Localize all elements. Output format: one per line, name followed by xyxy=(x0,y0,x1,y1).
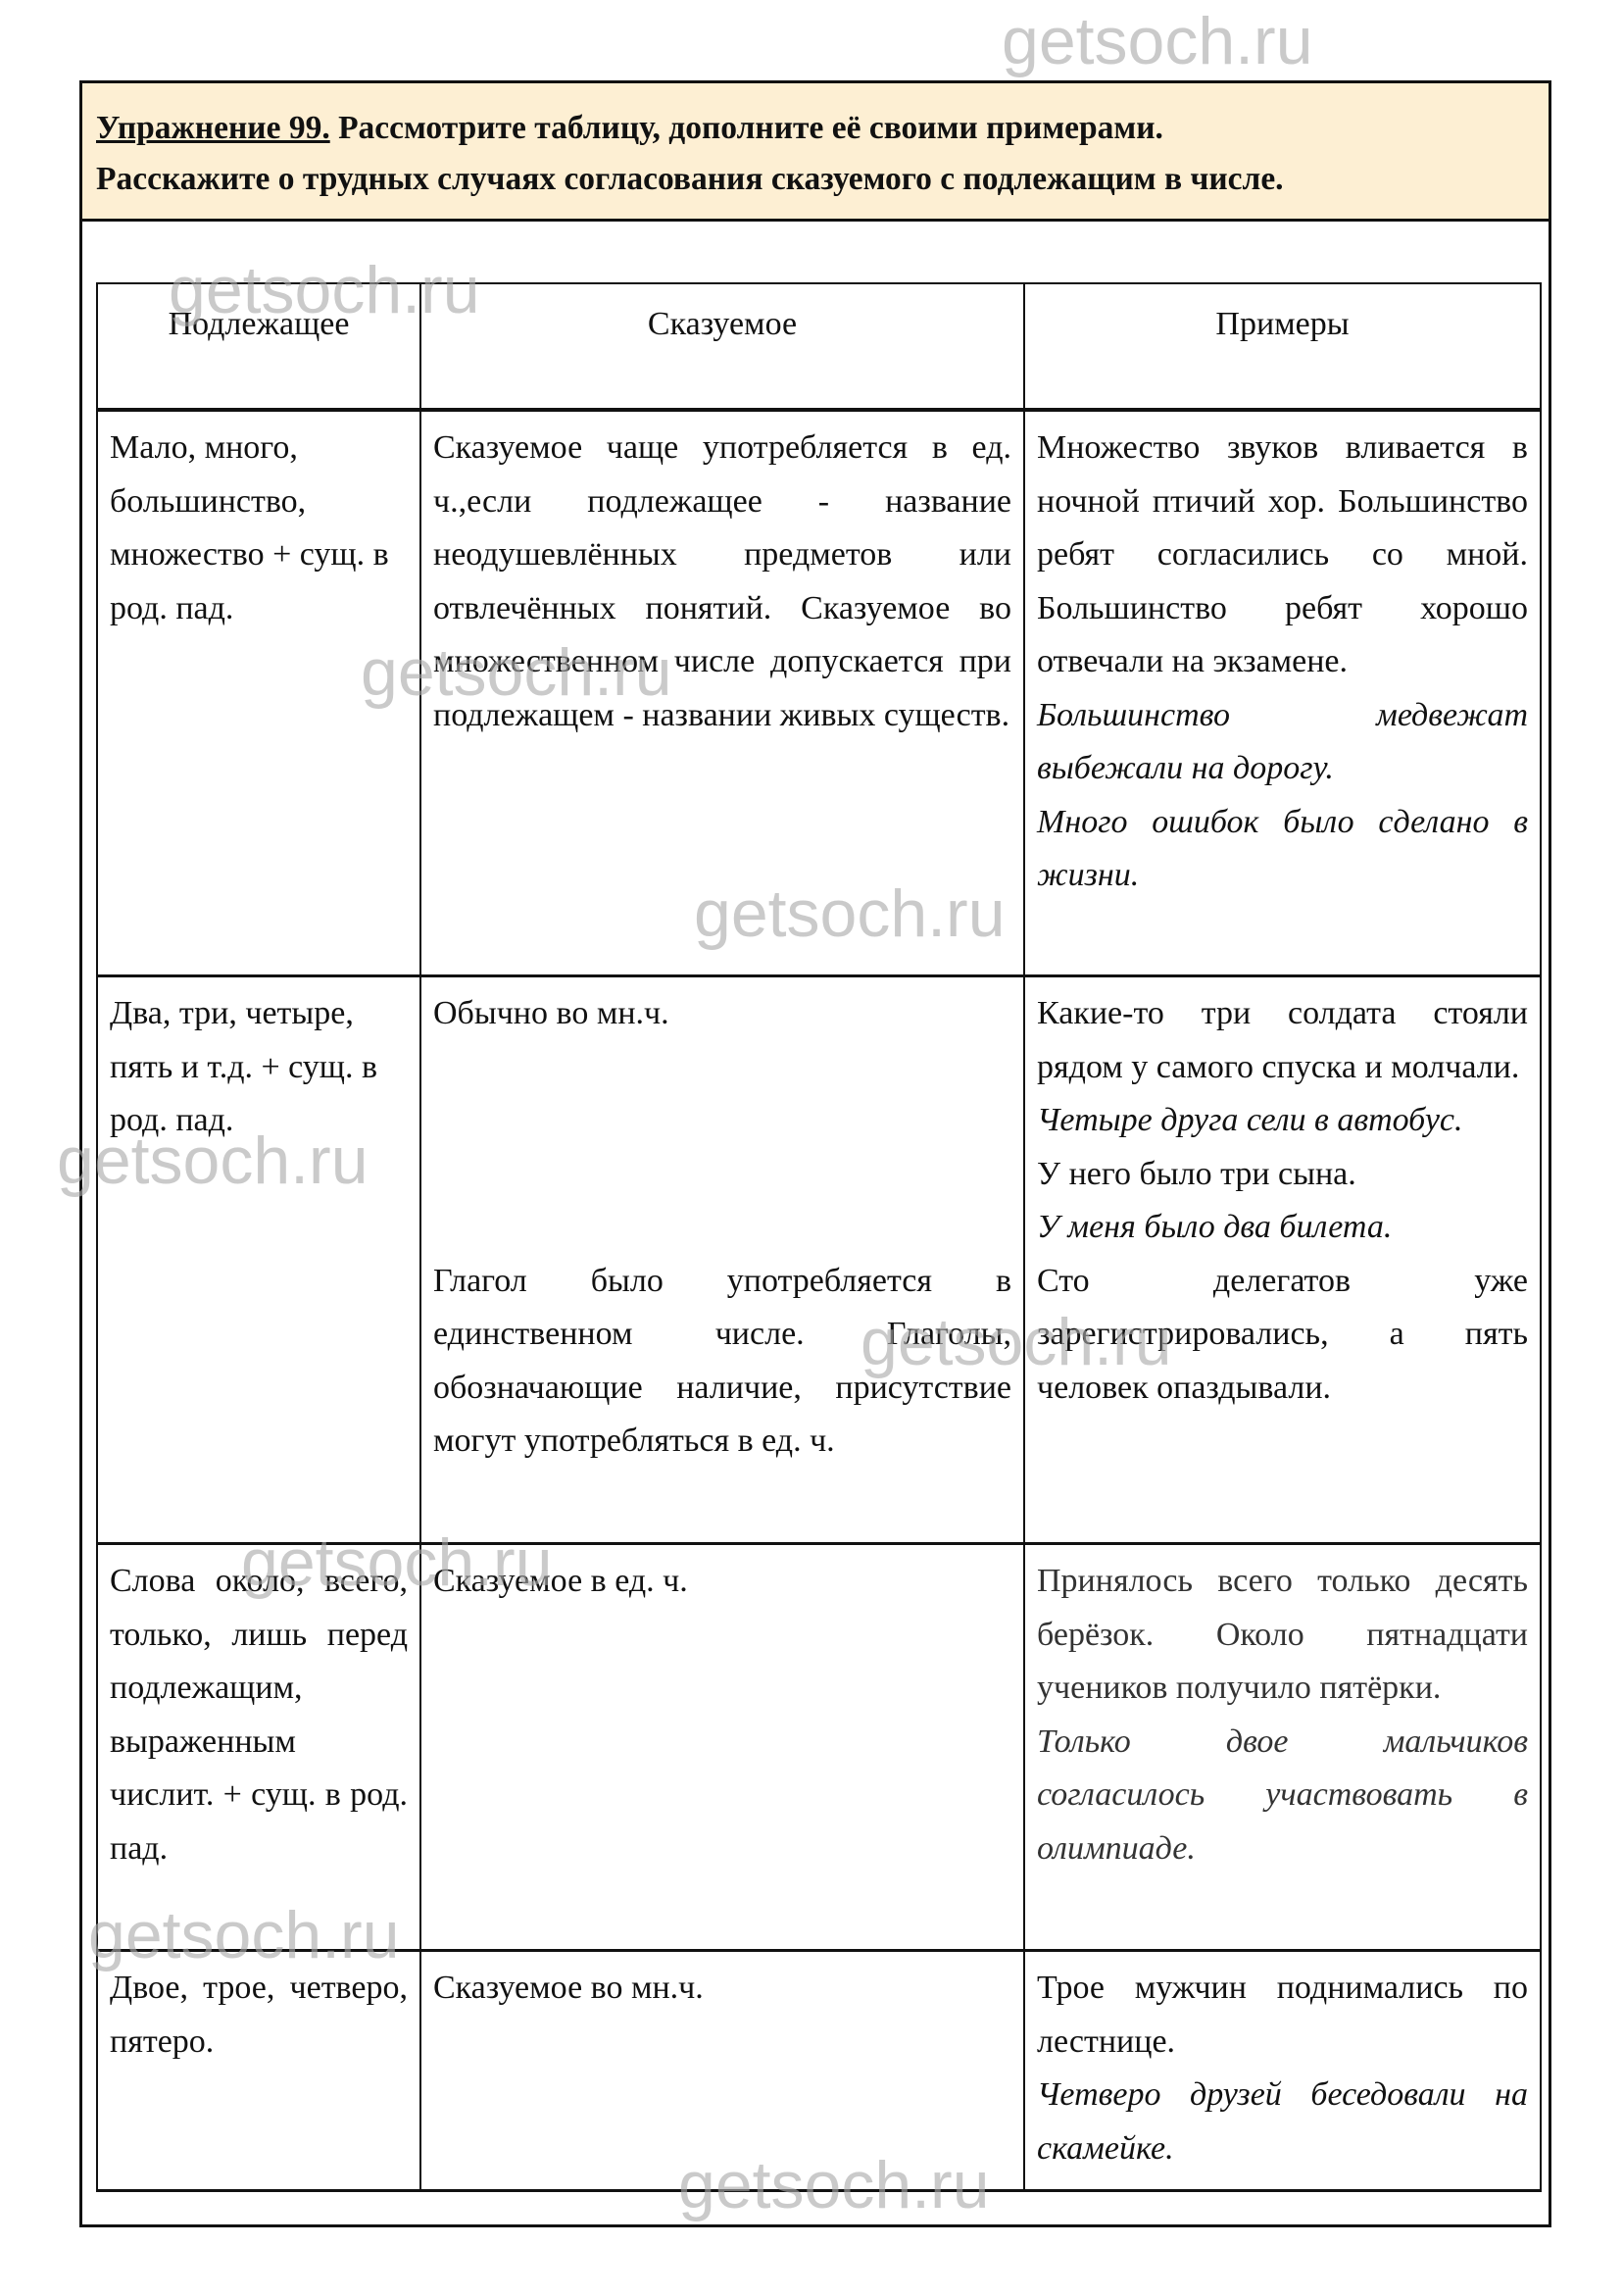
predicate-cell: Обычно во мн.ч. Глагол было употребляетс… xyxy=(420,976,1024,1544)
column-header-predicate: Сказуемое xyxy=(420,283,1024,410)
table-row: Два, три, четыре, пять и т.д. + сущ. в р… xyxy=(97,976,1541,1544)
table-header-row: Подлежащее Сказуемое Примеры xyxy=(97,283,1541,410)
example-text: Четверо друзей беседовали на скамейке. xyxy=(1037,2069,1528,2175)
example-text: У него было три сына. xyxy=(1037,1148,1528,1202)
predicate-text: Сказуемое в ед. ч. xyxy=(433,1555,1011,1609)
example-text: Принялось всего только десять берёзок. О… xyxy=(1037,1555,1528,1716)
example-text: Много ошибок было сделано в жизни. xyxy=(1037,796,1528,903)
examples-cell: Трое мужчин поднимались по лестнице. Чет… xyxy=(1024,1951,1541,2191)
predicate-cell: Сказуемое в ед. ч. xyxy=(420,1544,1024,1951)
exercise-number: Упражнение 99. xyxy=(96,110,330,146)
predicate-text: Сказуемое чаще употребляется в ед. ч.,ес… xyxy=(433,422,1011,742)
agreement-table: Подлежащее Сказуемое Примеры Мало, много… xyxy=(96,282,1542,2192)
column-header-subject: Подлежащее xyxy=(97,283,420,410)
examples-cell: Какие-то три солдата стояли рядом у само… xyxy=(1024,976,1541,1544)
task-title-line-2: Расскажите о трудных случаях согласовани… xyxy=(96,154,1535,205)
subject-cell: Двое, трое, четверо, пятеро. xyxy=(97,1951,420,2191)
predicate-cell: Сказуемое чаще употребляется в ед. ч.,ес… xyxy=(420,410,1024,976)
example-text: Трое мужчин поднимались по лестнице. xyxy=(1037,1962,1528,2069)
subject-cell: Два, три, четыре, пять и т.д. + сущ. в р… xyxy=(97,976,420,1544)
example-text: Большинство медвежат выбежали на дорогу. xyxy=(1037,689,1528,796)
example-text: Четыре друга сели в автобус. xyxy=(1037,1094,1528,1148)
example-text: У меня было два билета. xyxy=(1037,1201,1528,1255)
predicate-text: Глагол было употребляется в единственном… xyxy=(433,1255,1011,1469)
column-header-examples: Примеры xyxy=(1024,283,1541,410)
predicate-text: Обычно во мн.ч. xyxy=(433,987,1011,1041)
subject-cell: Мало, много, большинство, множество + су… xyxy=(97,410,420,976)
example-text: Какие-то три солдата стояли рядом у само… xyxy=(1037,987,1528,1094)
example-text: Только двое мальчиков согласилось участв… xyxy=(1037,1716,1528,1876)
examples-cell: Множество звуков вливается в ночной птич… xyxy=(1024,410,1541,976)
watermark: getsoch.ru xyxy=(1002,8,1313,75)
table-row: Двое, трое, четверо, пятеро. Сказуемое в… xyxy=(97,1951,1541,2191)
task-title-line-1: Упражнение 99. Рассмотрите таблицу, допо… xyxy=(96,103,1535,154)
predicate-cell: Сказуемое во мн.ч. xyxy=(420,1951,1024,2191)
example-text: Множество звуков вливается в ночной птич… xyxy=(1037,422,1528,689)
table-row: Слова около, всего, только, лишь перед п… xyxy=(97,1544,1541,1951)
exercise-frame: Упражнение 99. Рассмотрите таблицу, допо… xyxy=(79,80,1551,2227)
table-row: Мало, много, большинство, множество + су… xyxy=(97,410,1541,976)
task-header: Упражнение 99. Рассмотрите таблицу, допо… xyxy=(82,83,1549,222)
examples-cell: Принялось всего только десять берёзок. О… xyxy=(1024,1544,1541,1951)
cell-spacer xyxy=(433,1041,1011,1255)
example-text: Сто делегатов уже зарегистрировались, а … xyxy=(1037,1255,1528,1416)
predicate-text: Сказуемое во мн.ч. xyxy=(433,1962,1011,2016)
subject-cell: Слова около, всего, только, лишь перед п… xyxy=(97,1544,420,1951)
task-instruction-1: Рассмотрите таблицу, дополните её своими… xyxy=(330,110,1163,146)
